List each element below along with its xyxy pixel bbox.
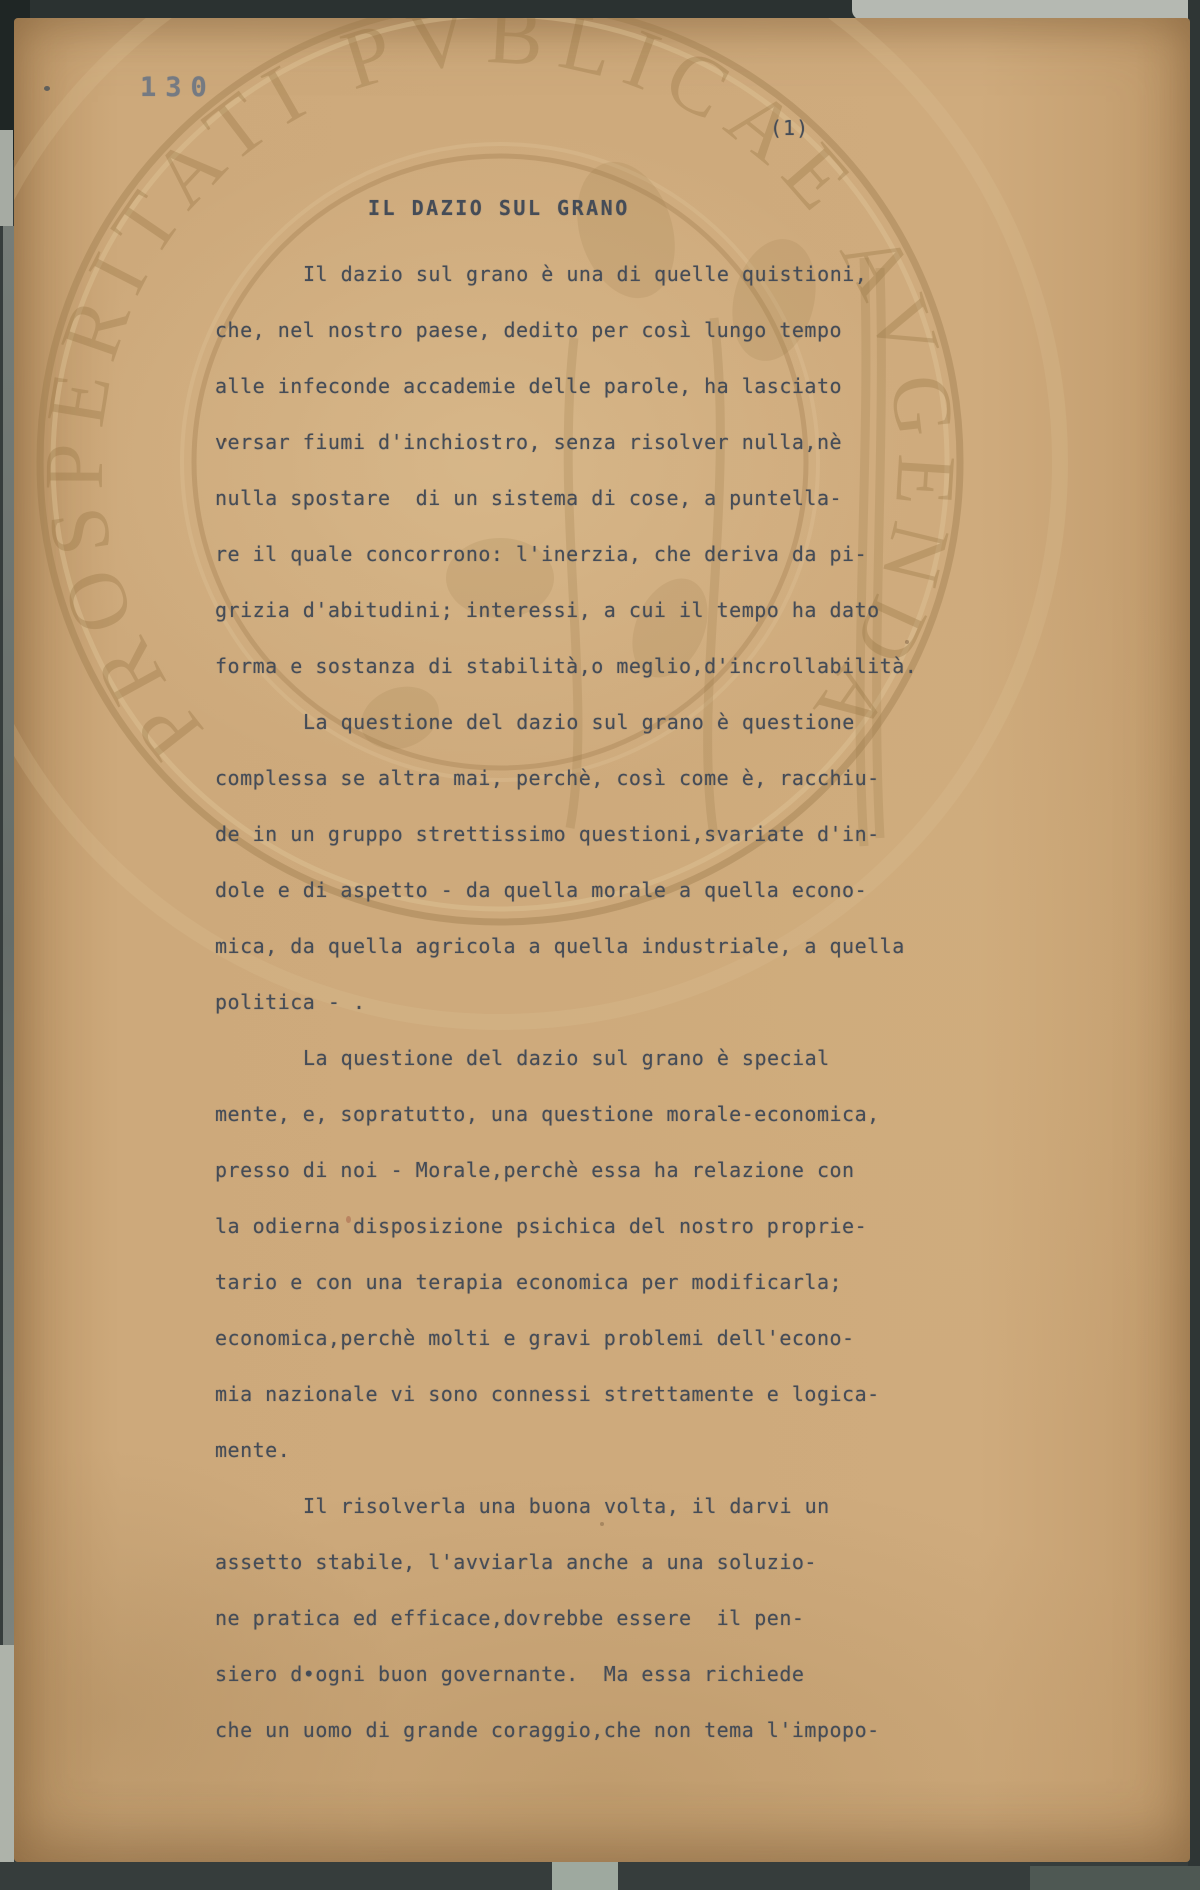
page-stack-edge-top	[0, 130, 13, 226]
typed-line: versar fiumi d'inchiostro, senza risolve…	[215, 414, 1005, 470]
typed-line: politica - .	[215, 974, 1005, 1030]
scanned-typescript-screenshot: { "page": { "stamped_number": "130", "co…	[0, 0, 1200, 1890]
typed-line: La questione del dazio sul grano è quest…	[215, 694, 1005, 750]
page-marker: (1)	[770, 116, 809, 140]
typed-line: La questione del dazio sul grano è speci…	[215, 1030, 1005, 1086]
typed-line: che, nel nostro paese, dedito per così l…	[215, 302, 1005, 358]
page-stack-edge-bottom	[0, 1645, 14, 1862]
typed-line: forma e sostanza di stabilità,o meglio,d…	[215, 638, 1005, 694]
typed-line: assetto stabile, l'avviarla anche a una …	[215, 1534, 1005, 1590]
typed-line: mica, da quella agricola a quella indust…	[215, 918, 1005, 974]
typed-line: re il quale concorrono: l'inerzia, che d…	[215, 526, 1005, 582]
typed-line: nulla spostare di un sistema di cose, a …	[215, 470, 1005, 526]
typed-line: Il risolverla una buona volta, il darvi …	[215, 1478, 1005, 1534]
typed-line: mente.	[215, 1422, 1005, 1478]
paper-speck	[600, 1522, 604, 1526]
typed-line: che un uomo di grande coraggio,che non t…	[215, 1702, 1005, 1758]
typed-line: complessa se altra mai, perchè, così com…	[215, 750, 1005, 806]
typed-line: presso di noi - Morale,perchè essa ha re…	[215, 1142, 1005, 1198]
typed-line: siero d•ogni buon governante. Ma essa ri…	[215, 1646, 1005, 1702]
typed-line: de in un gruppo strettissimo questioni,s…	[215, 806, 1005, 862]
page-stack-edge-middle	[3, 226, 14, 1646]
typed-line: grizia d'abitudini; interessi, a cui il …	[215, 582, 1005, 638]
paper-speck	[223, 438, 227, 442]
paper-speck	[346, 1216, 351, 1223]
typed-line: tario e con una terapia economica per mo…	[215, 1254, 1005, 1310]
document-page: PROSPERITATI PVBLICAE AVGENDAE 130 (1) I…	[14, 18, 1190, 1862]
typed-line: mente, e, sopratutto, una questione mora…	[215, 1086, 1005, 1142]
typed-line: la odierna disposizione psichica del nos…	[215, 1198, 1005, 1254]
typewritten-text: Il dazio sul grano è una di quelle quist…	[215, 246, 1005, 1758]
page-number-stamp: 130	[140, 72, 216, 103]
document-title: IL DAZIO SUL GRANO	[368, 196, 630, 220]
typed-line: dole e di aspetto - da quella morale a q…	[215, 862, 1005, 918]
typed-line: alle infeconde accademie delle parole, h…	[215, 358, 1005, 414]
typed-line: Il dazio sul grano è una di quelle quist…	[215, 246, 1005, 302]
ink-speck	[44, 86, 50, 91]
typed-line: ne pratica ed efficace,dovrebbe essere i…	[215, 1590, 1005, 1646]
typed-line: economica,perchè molti e gravi problemi …	[215, 1310, 1005, 1366]
paper-speck	[905, 640, 909, 644]
typed-line: mia nazionale vi sono connessi strettame…	[215, 1366, 1005, 1422]
backing-sheet-top-right	[852, 0, 1200, 20]
backing-sheet-bottom-right	[1030, 1866, 1200, 1890]
